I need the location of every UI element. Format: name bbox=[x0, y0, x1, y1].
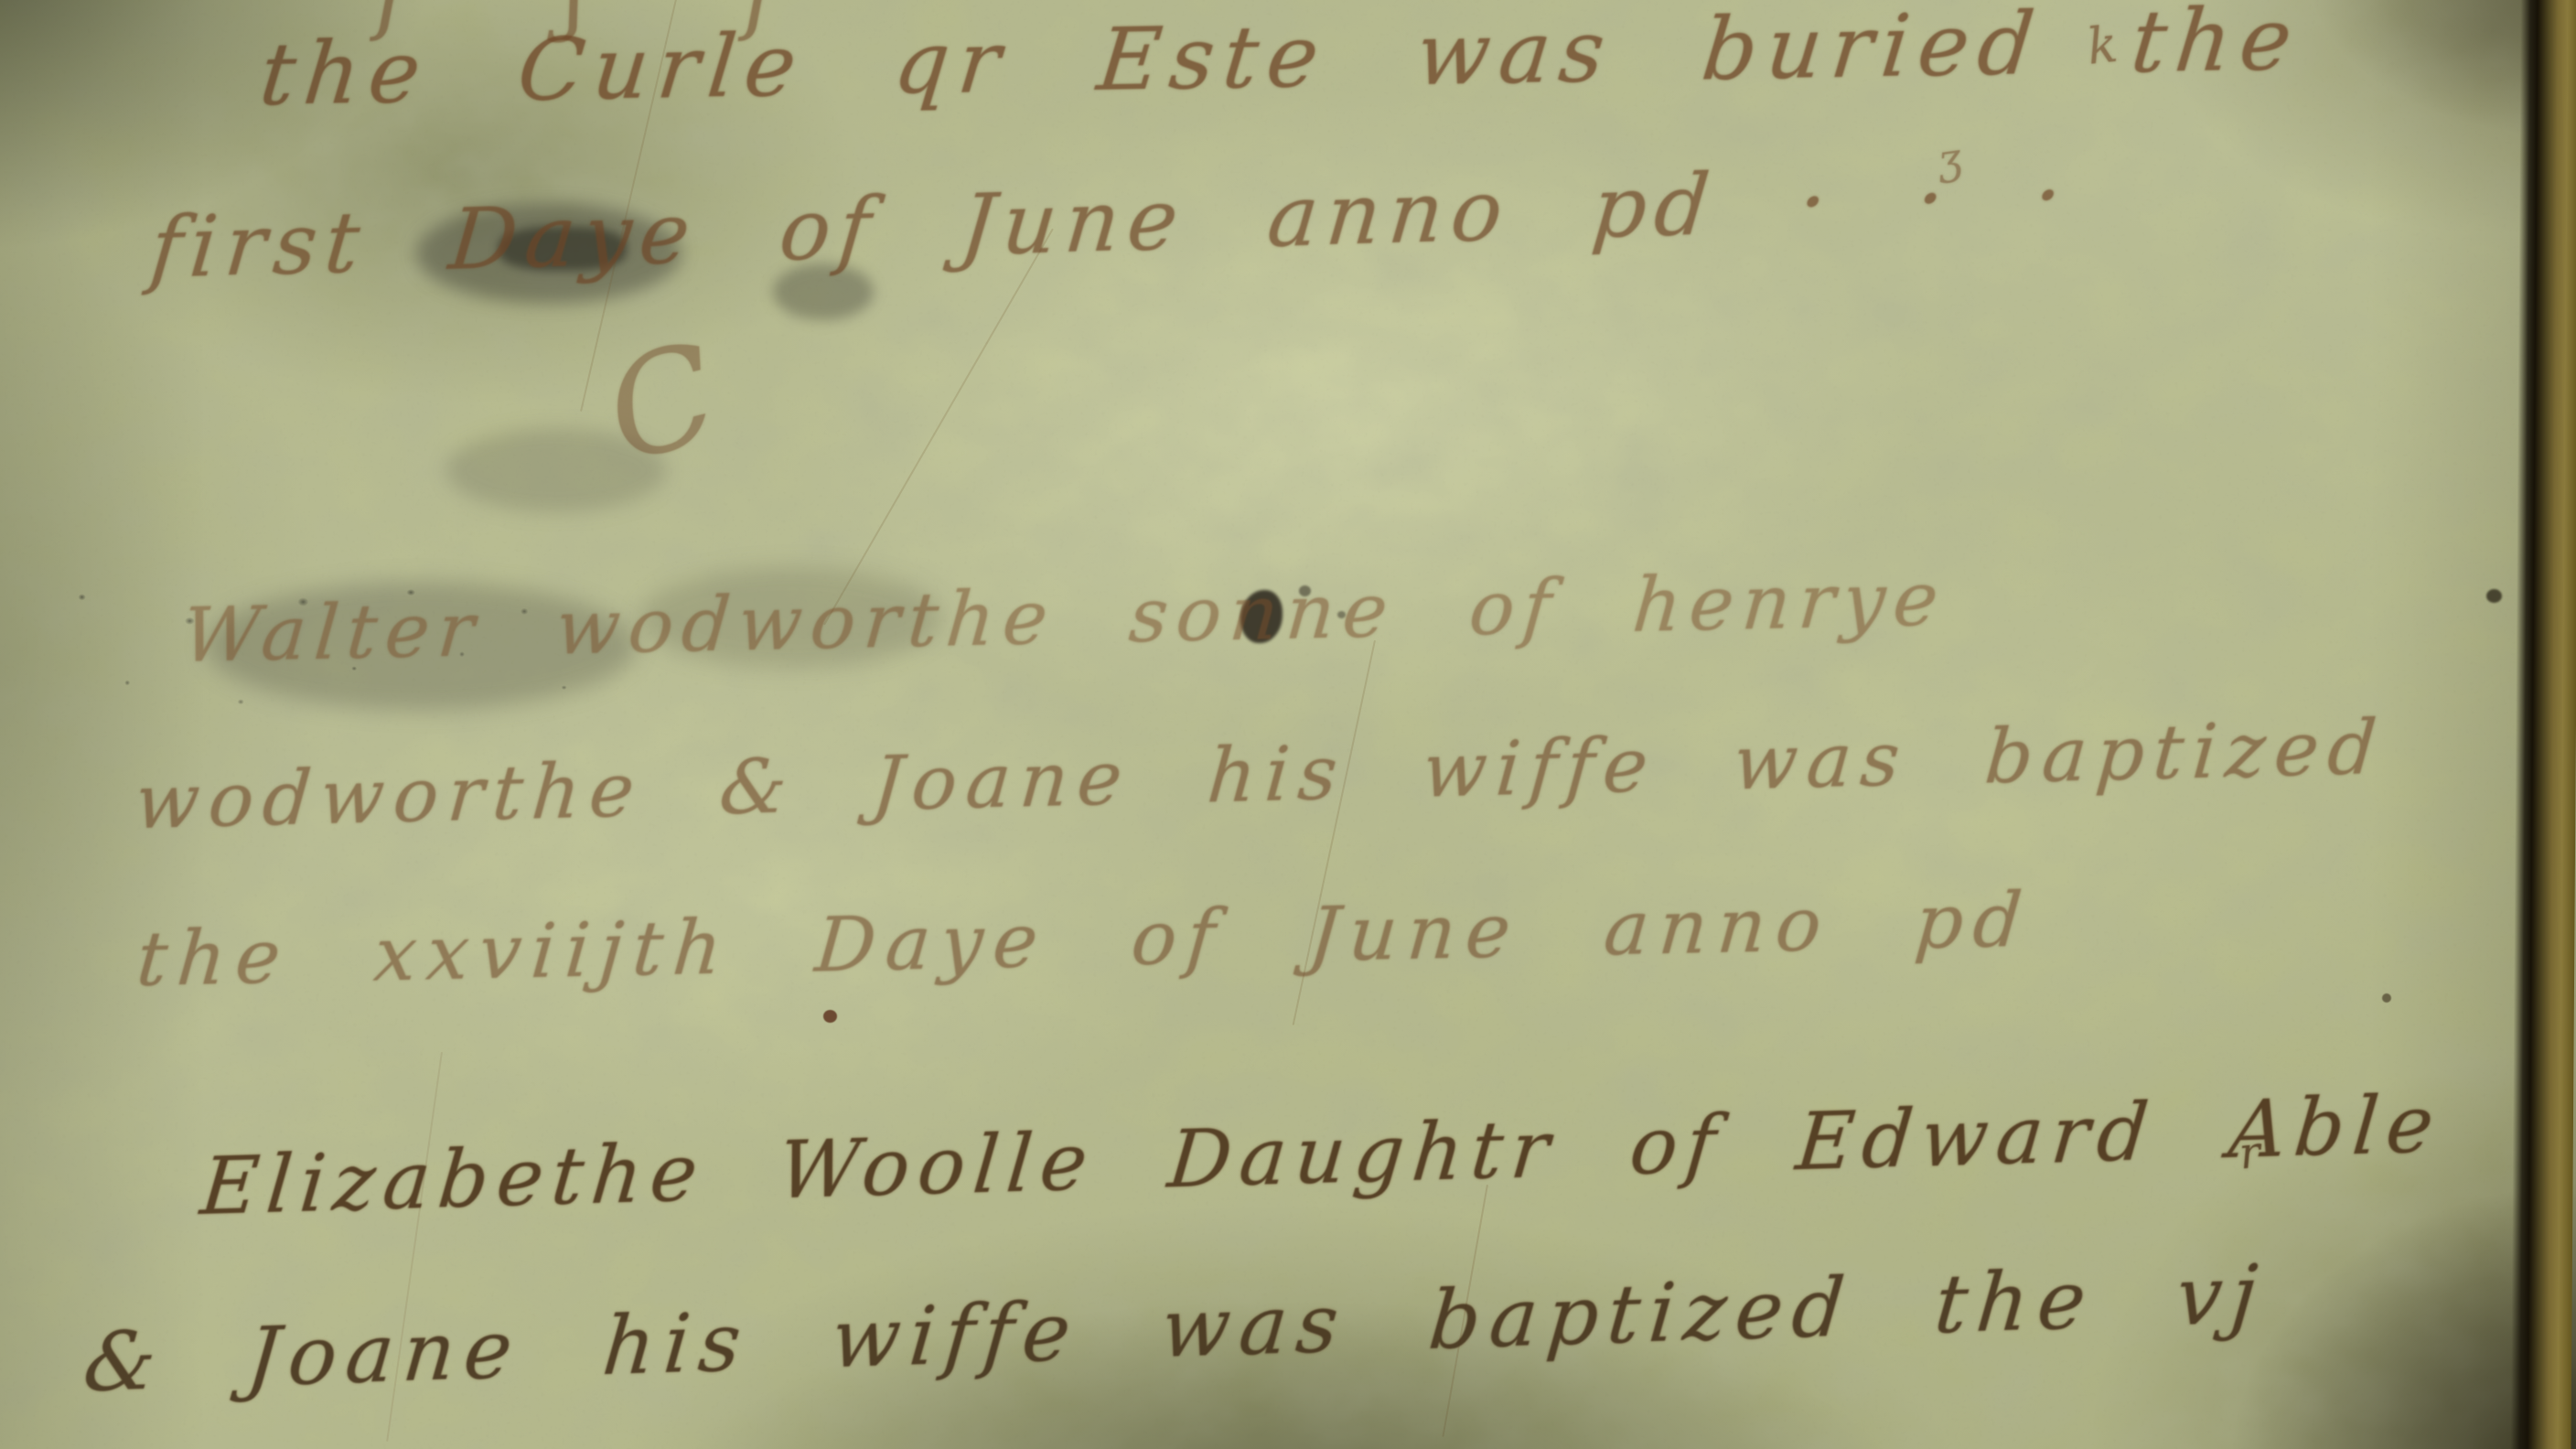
superscript-mark: k bbox=[2085, 16, 2120, 76]
manuscript-photo: ſ ʃ ſ the Curle qr Este was buried the k… bbox=[0, 0, 2576, 1449]
